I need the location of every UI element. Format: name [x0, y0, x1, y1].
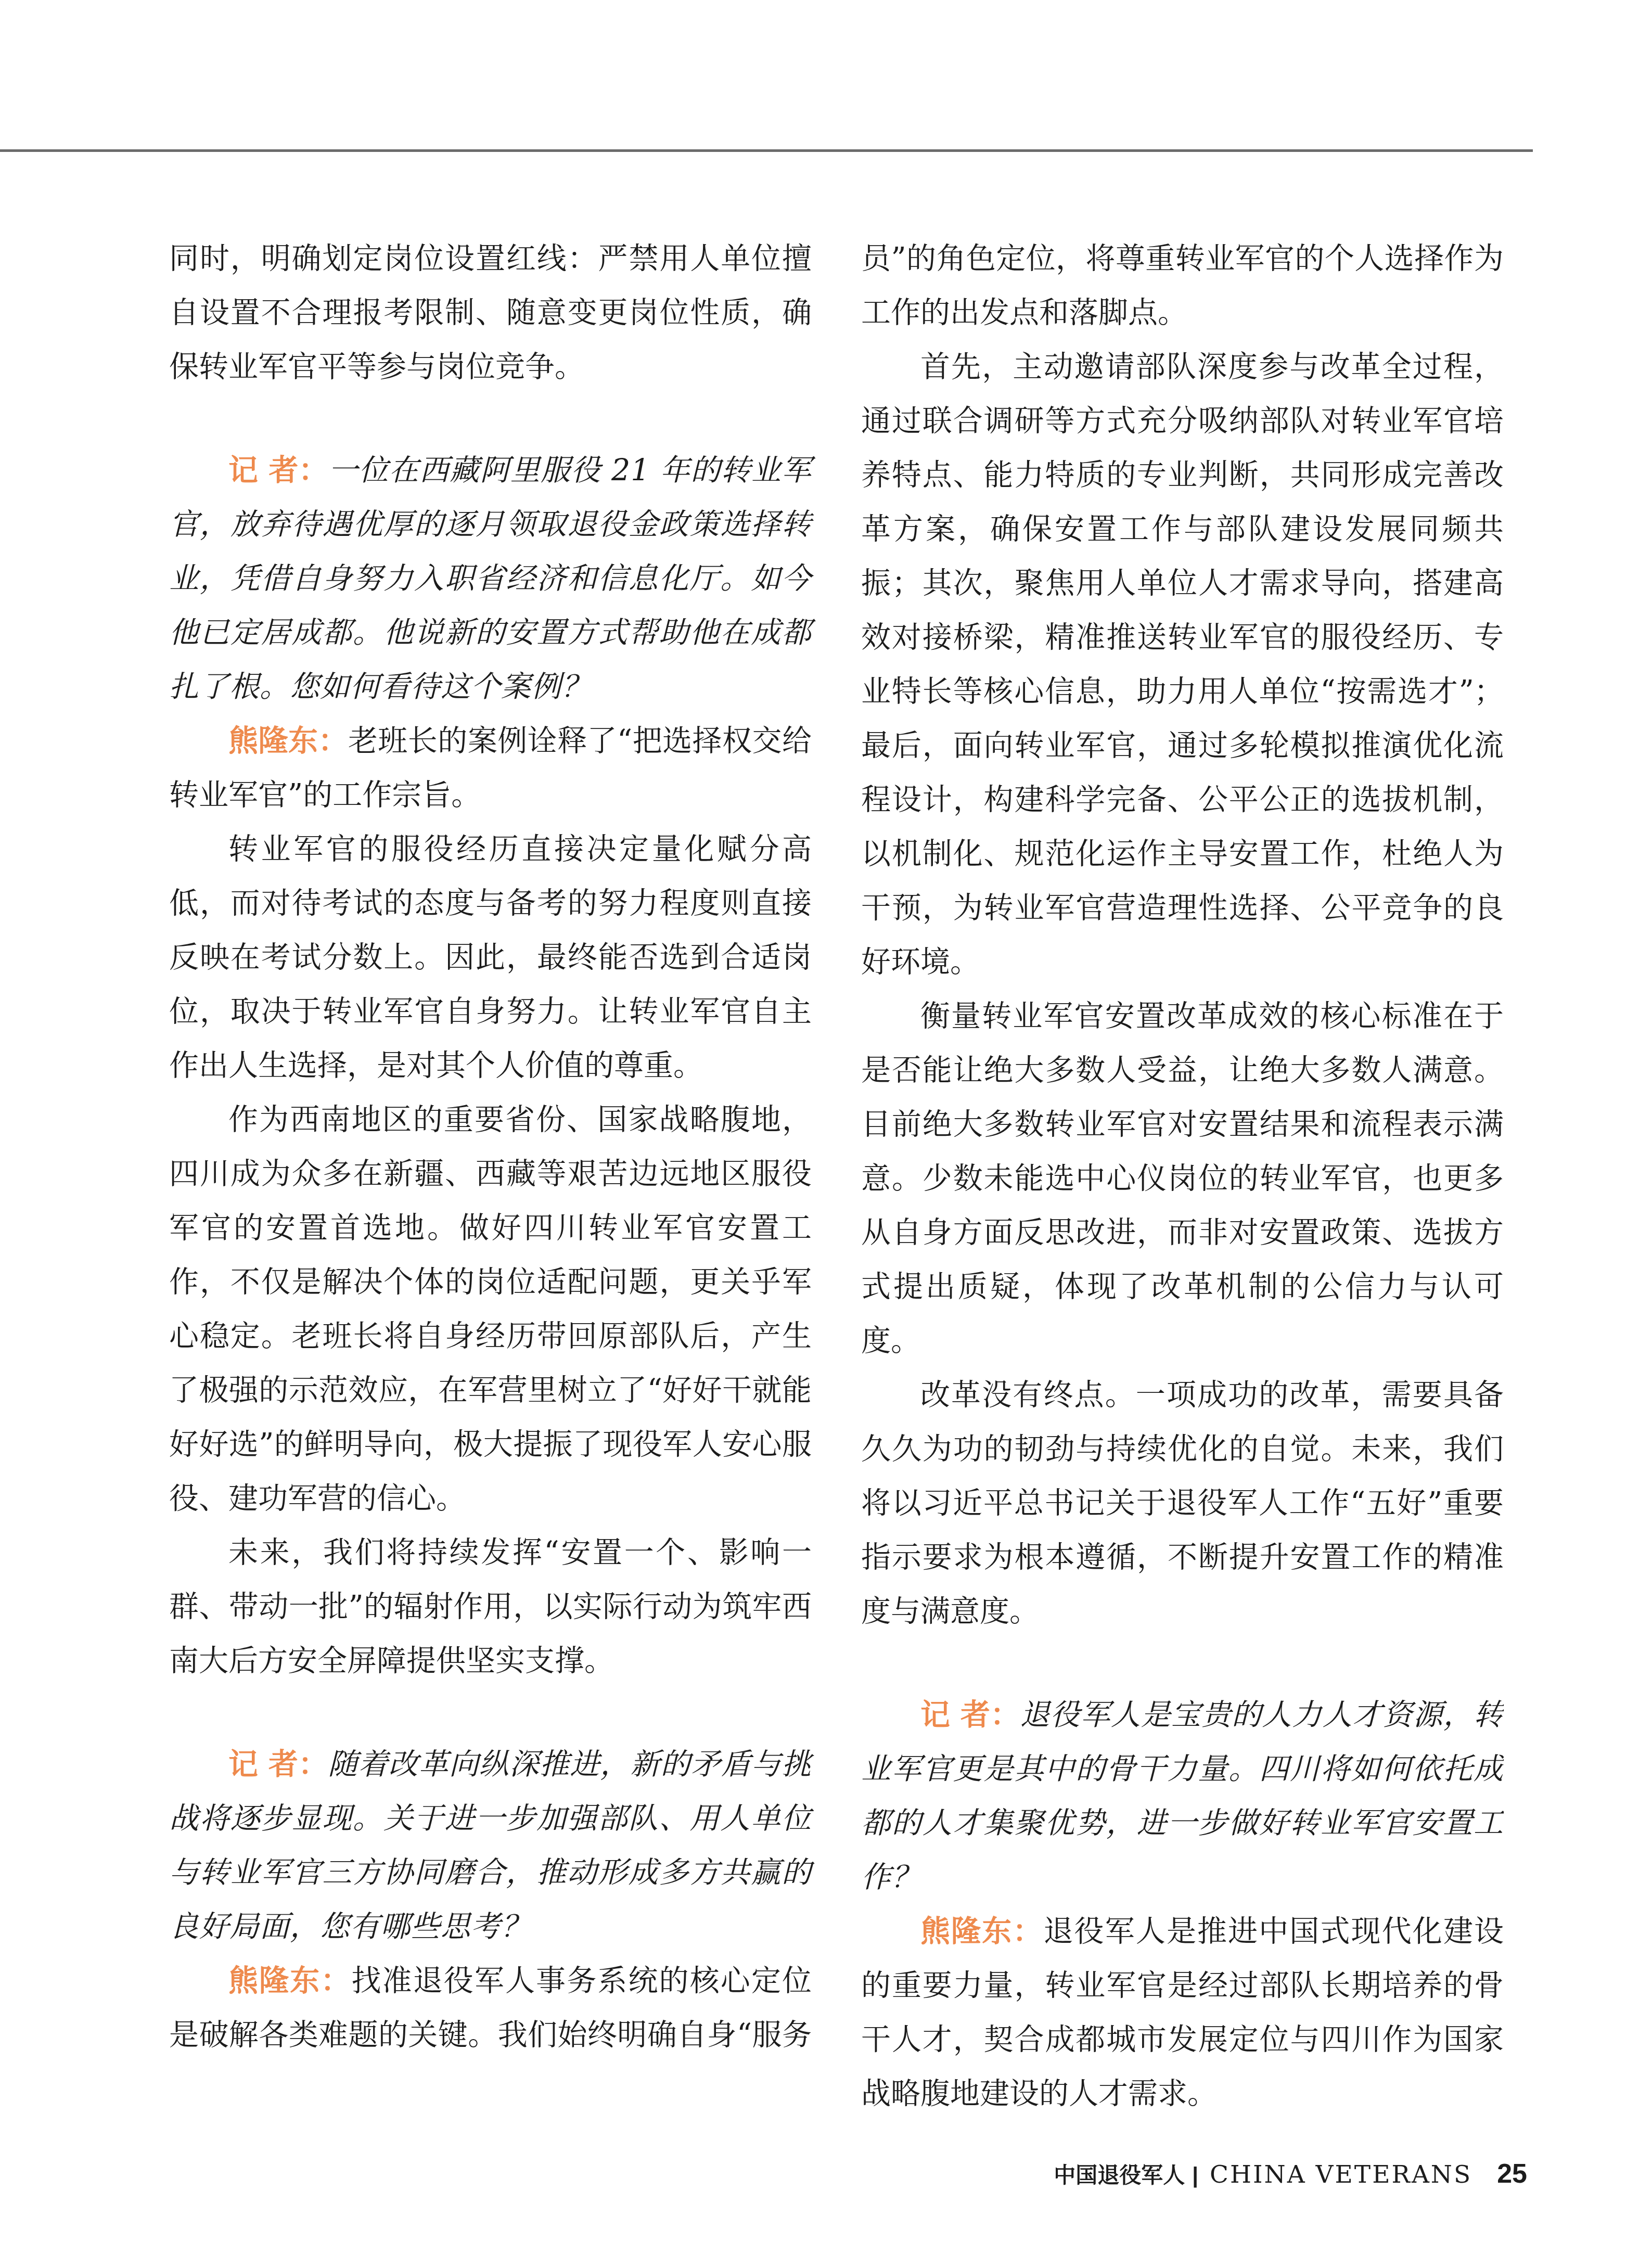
reporter-label: 记 者： [228, 1747, 328, 1782]
reporter-label: 记 者： [920, 1697, 1020, 1732]
interviewee-label: 熊隆东： [920, 1914, 1043, 1949]
body-paragraph: 改革没有终点。一项成功的改革，需要具备久久为功的韧劲与持续优化的自觉。未来，我们… [861, 1368, 1504, 1638]
question-paragraph: 记 者：随着改革向纵深推进，新的矛盾与挑战将逐步显现。关于进一步加强部队、用人单… [169, 1737, 812, 1954]
paragraph-text: 改革没有终点。一项成功的改革，需要具备久久为功的韧劲与持续优化的自觉。未来，我们… [861, 1378, 1504, 1629]
question-paragraph: 记 者：一位在西藏阿里服役 21 年的转业军官，放弃待遇优厚的逐月领取退役金政策… [169, 443, 812, 714]
paragraph-text: 首先，主动邀请部队深度参与改革全过程，通过联合调研等方式充分吸纳部队对转业军官培… [861, 350, 1504, 979]
paragraph-text: 同时，明确划定岗位设置红线：严禁用人单位擅自设置不合理报考限制、随意变更岗位性质… [169, 241, 812, 384]
paragraph-text: 转业军官的服役经历直接决定量化赋分高低，而对待考试的态度与备考的努力程度则直接反… [169, 832, 812, 1083]
interviewee-label: 熊隆东： [228, 1963, 351, 1998]
paragraph-text: 未来，我们将持续发挥“安置一个、影响一群、带动一批”的辐射作用，以实际行动为筑牢… [169, 1535, 812, 1678]
footer: 中国退役军人 | CHINA VETERANS 25 [1054, 2158, 1527, 2189]
body-paragraph: 同时，明确划定岗位设置红线：严禁用人单位擅自设置不合理报考限制、随意变更岗位性质… [169, 232, 812, 394]
article-columns: 同时，明确划定岗位设置红线：严禁用人单位擅自设置不合理报考限制、随意变更岗位性质… [169, 232, 1504, 2157]
magazine-page: 同时，明确划定岗位设置红线：严禁用人单位擅自设置不合理报考限制、随意变更岗位性质… [0, 0, 1652, 2242]
footer-separator: | [1192, 2163, 1198, 2188]
footer-page-number: 25 [1497, 2158, 1527, 2189]
reporter-label: 记 者： [228, 453, 328, 488]
top-rule [0, 149, 1533, 152]
interviewee-label: 熊隆东： [228, 723, 348, 758]
answer-paragraph: 熊隆东：老班长的案例诠释了“把选择权交给转业军官”的工作宗旨。 [169, 714, 812, 822]
paragraph-text: 衡量转业军官安置改革成效的核心标准在于是否能让绝大多数人受益，让绝大多数人满意。… [861, 999, 1504, 1358]
body-paragraph: 首先，主动邀请部队深度参与改革全过程，通过联合调研等方式充分吸纳部队对转业军官培… [861, 340, 1504, 989]
paragraph-text: 一位在西藏阿里服役 21 年的转业军官，放弃待遇优厚的逐月领取退役金政策选择转业… [169, 453, 812, 704]
body-paragraph: 转业军官的服役经历直接决定量化赋分高低，而对待考试的态度与备考的努力程度则直接反… [169, 822, 812, 1093]
paragraph-text: 作为西南地区的重要省份、国家战略腹地，四川成为众多在新疆、西藏等艰苦边远地区服役… [169, 1103, 812, 1516]
footer-brand-en: CHINA VETERANS [1210, 2160, 1472, 2189]
body-paragraph: 衡量转业军官安置改革成效的核心标准在于是否能让绝大多数人受益，让绝大多数人满意。… [861, 989, 1504, 1368]
answer-paragraph: 熊隆东：退役军人是推进中国式现代化建设的重要力量，转业军官是经过部队长期培养的骨… [861, 1904, 1504, 2121]
question-paragraph: 记 者：退役军人是宝贵的人力人才资源，转业军官更是其中的骨干力量。四川将如何依托… [861, 1688, 1504, 1904]
body-paragraph: 作为西南地区的重要省份、国家战略腹地，四川成为众多在新疆、西藏等艰苦边远地区服役… [169, 1093, 812, 1526]
footer-brand-cn: 中国退役军人 [1054, 2158, 1185, 2189]
body-paragraph: 未来，我们将持续发挥“安置一个、影响一群、带动一批”的辐射作用，以实际行动为筑牢… [169, 1526, 812, 1688]
